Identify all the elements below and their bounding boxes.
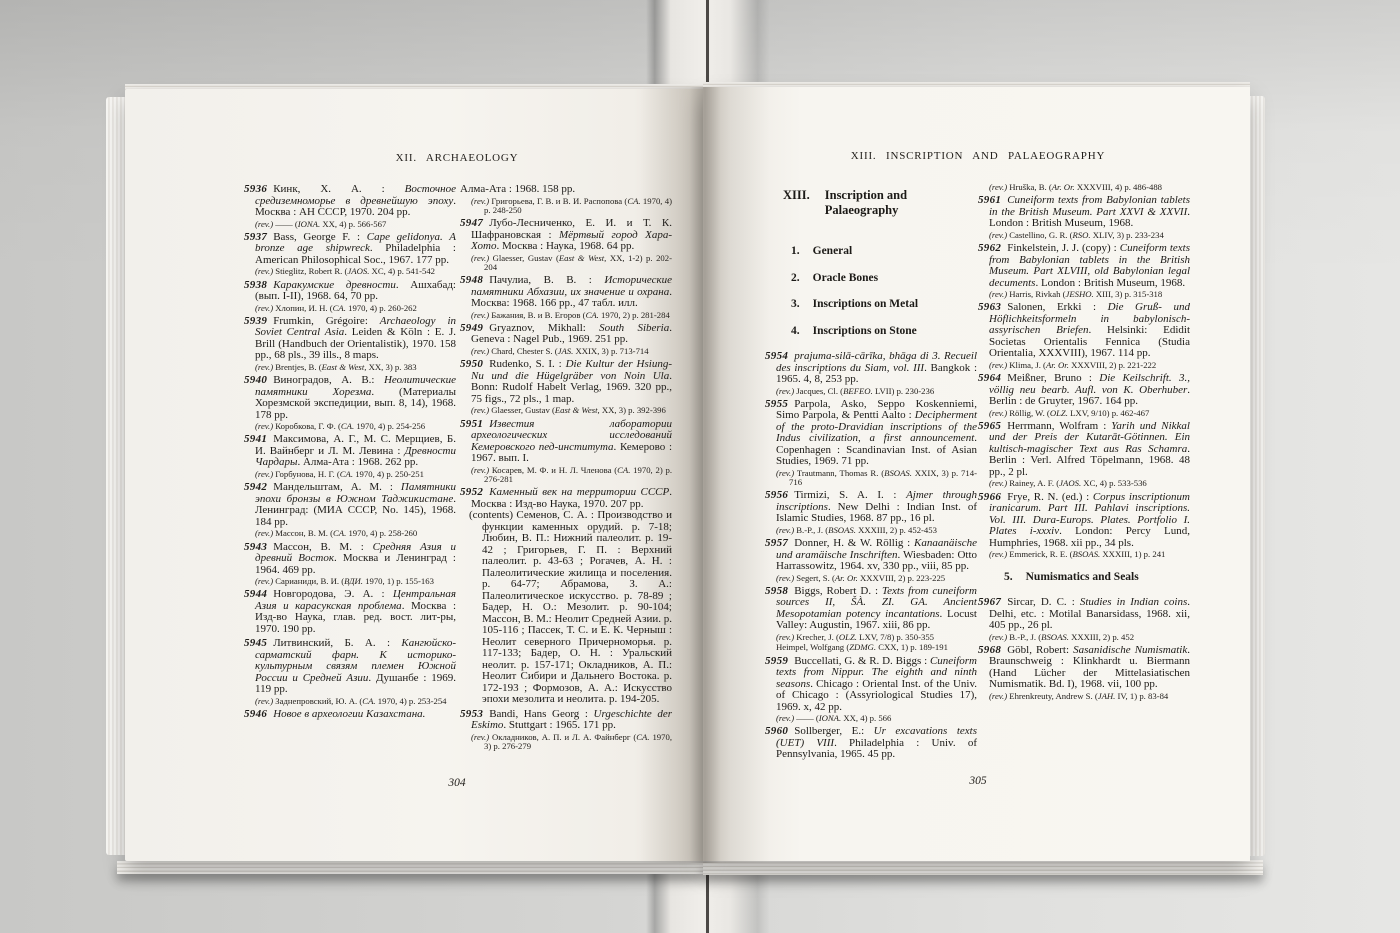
subsection-number: 2.: [791, 272, 800, 284]
bib-entry-5952: 5952Каменный век на территории СССР. Мос…: [460, 487, 672, 706]
entry-review: (rev.) —— (IONA. XX, 4) p. 566: [765, 714, 977, 723]
entry-review: (rev.) Rainey, A. F. (JAOS. XC, 4) p. 53…: [978, 479, 1190, 488]
entry-number: 5949: [460, 322, 483, 334]
entry-number: 5939: [244, 315, 267, 327]
entry-number: 5954: [765, 350, 788, 362]
entry-review: (rev.) Jacques, Cl. (BEFEO. LVII) p. 230…: [765, 387, 977, 396]
entry-number: 5947: [460, 217, 483, 229]
bib-entry-5940: 5940Виноградов, А. В.: Неолитические пам…: [244, 375, 456, 431]
entry-review: (rev.) Хлопин, И. Н. (CA. 1970, 4) p. 26…: [244, 304, 456, 313]
bib-entry-5938: 5938Каракумские древности. Ашхабад: (вып…: [244, 280, 456, 313]
bib-entry-5941: 5941Максимова, А. Г., М. С. Мерщиев, Б. …: [244, 434, 456, 479]
bib-entry-5968: 5968Göbl, Robert: Sasanidische Numismati…: [978, 645, 1190, 701]
page-edge-right: [1249, 96, 1265, 856]
bib-entry-5967: 5967Sircar, D. C. : Studies in Indian co…: [978, 597, 1190, 642]
bib-entry-5948: 5948Пачулиа, В. В. : Исторические памятн…: [460, 275, 672, 320]
entry-review: (rev.) Бажания, В. и В. Егоров (CA. 1970…: [460, 311, 672, 320]
entry-number: 5937: [244, 231, 267, 243]
entry-review: (rev.) B.-P., J. (BSOAS. XXXIII, 2) p. 4…: [765, 526, 977, 535]
entry-number: 5961: [978, 194, 1001, 206]
subsection-label: Numismatics and Seals: [1026, 571, 1139, 583]
entry-number: 5958: [765, 585, 788, 597]
entry-review: (rev.) Brentjes, B. (East & West, XX, 3)…: [244, 363, 456, 372]
running-head-right: XIII. INSCRIPTION AND PALAEOGRAPHY: [765, 150, 1191, 162]
entry-review: Heimpel, Wolfgang (ZDMG. CXX, 1) p. 189-…: [765, 643, 977, 652]
entry-number: 5967: [978, 596, 1001, 608]
entry-number: 5936: [244, 183, 267, 195]
entry-body: Алма-Ата : 1968. 158 pp.: [460, 184, 672, 196]
entry-body: 5960Sollberger, E.: Ur excavations texts…: [765, 726, 977, 761]
subsection-label: Inscriptions on Stone: [813, 325, 917, 337]
entry-body: 5952Каменный век на территории СССР. Мос…: [460, 487, 672, 510]
entry-body: 5936Кинк, Х. А. : Восточное средиземномо…: [244, 184, 456, 219]
entry-review: (rev.) Григорьева, Г. В. и В. И. Распопо…: [460, 197, 672, 216]
entry-number: 5965: [978, 420, 1001, 432]
bib-entry-5954: 5954prajuma-silā-cārīka, bhāga di 3. Rec…: [765, 351, 977, 396]
subsection-heading: 3.Inscriptions on Metal: [791, 298, 977, 310]
section-heading: XIII.Inscription andPalaeography: [783, 188, 977, 218]
entry-number: 5959: [765, 655, 788, 667]
entry-number: 5946: [244, 708, 267, 720]
entry-number: 5966: [978, 491, 1001, 503]
bib-entry-5953: 5953Bandi, Hans Georg : Urgeschichte der…: [460, 709, 672, 752]
entry-body: 5968Göbl, Robert: Sasanidische Numismati…: [978, 645, 1190, 691]
bib-entry-5947: 5947Лубо-Лесниченко, Е. И. и Т. К. Шафра…: [460, 218, 672, 272]
entry-number: 5942: [244, 481, 267, 493]
page-number-left: 304: [244, 777, 670, 789]
entry-review: (rev.) Коробкова, Г. Ф. (CA. 1970, 4) p.…: [244, 422, 456, 431]
entry-number: 5945: [244, 637, 267, 649]
bib-entry-5950: 5950Rudenko, S. I. : Die Kultur der Hsiu…: [460, 359, 672, 415]
entry-review: (rev.) Окладников, А. П. и Л. А. Файнбер…: [460, 733, 672, 752]
entry-body: 5961Cuneiform texts from Babylonian tabl…: [978, 195, 1190, 230]
entry-number: 5943: [244, 541, 267, 553]
entry-number: 5941: [244, 433, 267, 445]
entry-number: 5950: [460, 358, 483, 370]
bib-entry-5942: 5942Мандельштам, А. М. : Памятники эпохи…: [244, 482, 456, 538]
entry-review: (rev.) B.-P., J. (BSOAS. XXXIII, 2) p. 4…: [978, 633, 1190, 642]
entry-review: (rev.) Segert, S. (Ar. Or. XXXVIII, 2) p…: [765, 574, 977, 583]
entry-review: (rev.) Krecher, J. (OLZ. LXV, 7/8) p. 35…: [765, 633, 977, 642]
left-page-column-1: 5936Кинк, Х. А. : Восточное средиземномо…: [244, 184, 456, 724]
page-edge-bottom-right: [703, 860, 1263, 875]
entry-body: 5956Tirmizi, S. A. I. : Ajmer through in…: [765, 490, 977, 525]
bib-entry-continuation: (rev.) Hruška, B. (Ar. Or. XXXVIII, 4) p…: [978, 183, 1190, 192]
entry-review: (rev.) Заднепровский, Ю. А. (CA. 1970, 4…: [244, 697, 456, 706]
entry-review: (rev.) —— (IONA. XX, 4) p. 566-567: [244, 220, 456, 229]
bib-entry-5962: 5962Finkelstein, J. J. (copy) : Cuneifor…: [978, 243, 1190, 299]
entry-body: 5937Bass, George F. : Cape gelidonya. A …: [244, 232, 456, 267]
bib-entry-5957: 5957Donner, H. & W. Röllig : Kanaanäisch…: [765, 538, 977, 583]
entry-body: 5939Frumkin, Grégoire: Archaeology in So…: [244, 316, 456, 362]
bib-entry-5937: 5937Bass, George F. : Cape gelidonya. A …: [244, 232, 456, 277]
entry-review: (rev.) Klima, J. (Ar. Or. XXXVIII, 2) p.…: [978, 361, 1190, 370]
section-number: XIII.: [783, 188, 810, 218]
bib-entry-5959: 5959Buccellati, G. & R. D. Biggs : Cunei…: [765, 656, 977, 724]
bib-entry-5936: 5936Кинк, Х. А. : Восточное средиземномо…: [244, 184, 456, 229]
entry-number: 5963: [978, 301, 1001, 313]
right-page: XIII. INSCRIPTION AND PALAEOGRAPHY XIII.…: [703, 87, 1250, 861]
entry-body: 5946Новое в археологии Казахстана.: [244, 709, 456, 721]
entry-body: 5958Biggs, Robert D. : Texts from cuneif…: [765, 586, 977, 632]
right-page-column-2: (rev.) Hruška, B. (Ar. Or. XXXVIII, 4) p…: [978, 182, 1190, 704]
page-edge-left: [106, 97, 125, 855]
page-edge-bottom-left: [117, 861, 703, 874]
subsection-heading: 2.Oracle Bones: [791, 272, 977, 284]
entry-review: (rev.) Trautmann, Thomas R. (BSOAS. XXIX…: [765, 469, 977, 488]
entry-number: 5938: [244, 279, 267, 291]
bib-entry-5964: 5964Meißner, Bruno : Die Keilschrift. 3.…: [978, 373, 1190, 418]
bib-entry-5945: 5945Литвинский, Б. А. : Кангюйско-сармат…: [244, 638, 456, 706]
subsection-heading: 4.Inscriptions on Stone: [791, 325, 977, 337]
entry-review: (rev.) Chard, Chester S. (JAS. XXIX, 3) …: [460, 347, 672, 356]
entry-review: (rev.) Emmerick, R. E. (BSOAS. XXXIII, 1…: [978, 550, 1190, 559]
bib-entry-5939: 5939Frumkin, Grégoire: Archaeology in So…: [244, 316, 456, 372]
entry-number: 5940: [244, 374, 267, 386]
entry-review: (rev.) Массон, В. М. (CA. 1970, 4) p. 25…: [244, 529, 456, 538]
entry-contents: (contents) Семенов, С. А. : Производство…: [460, 510, 672, 706]
entry-number: 5956: [765, 489, 788, 501]
entry-review: (rev.) Castellino, G. R. (RSO. XLIV, 3) …: [978, 231, 1190, 240]
bib-entry-5966: 5966Frye, R. N. (ed.) : Corpus inscripti…: [978, 492, 1190, 560]
bib-entry-5963: 5963Salonen, Erkki : Die Gruß- und Höfli…: [978, 302, 1190, 370]
entry-body: 5944Новгородова, Э. А. : Центральная Ази…: [244, 589, 456, 635]
bib-entry-5958: 5958Biggs, Robert D. : Texts from cuneif…: [765, 586, 977, 653]
bib-entry-5965: 5965Herrmann, Wolfram : Yarih und Nikkal…: [978, 421, 1190, 489]
left-page-column-2: Алма-Ата : 1968. 158 pp.(rev.) Григорьев…: [460, 184, 672, 754]
bib-entry-5961: 5961Cuneiform texts from Babylonian tabl…: [978, 195, 1190, 240]
bib-entry-5944: 5944Новгородова, Э. А. : Центральная Ази…: [244, 589, 456, 635]
entry-body: 5953Bandi, Hans Georg : Urgeschichte der…: [460, 709, 672, 732]
entry-body: 5942Мандельштам, А. М. : Памятники эпохи…: [244, 482, 456, 528]
entry-review: (rev.) Röllig, W. (OLZ. LXV, 9/10) p. 46…: [978, 409, 1190, 418]
left-page: XII. ARCHAEOLOGY 5936Кинк, Х. А. : Восто…: [125, 89, 703, 861]
entry-body: 5954prajuma-silā-cārīka, bhāga di 3. Rec…: [765, 351, 977, 386]
entry-body: 5950Rudenko, S. I. : Die Kultur der Hsiu…: [460, 359, 672, 405]
subsection-number: 3.: [791, 298, 800, 310]
entry-body: 5943Массон, В. М. : Средняя Азия и древн…: [244, 542, 456, 577]
running-head-left: XII. ARCHAEOLOGY: [244, 152, 670, 164]
entry-number: 5948: [460, 274, 483, 286]
entry-body: 5962Finkelstein, J. J. (copy) : Cuneifor…: [978, 243, 1190, 289]
entry-number: 5955: [765, 398, 788, 410]
entry-body: 5941Максимова, А. Г., М. С. Мерщиев, Б. …: [244, 434, 456, 469]
entry-review: (rev.) Glaesser, Gustav (East & West, XX…: [460, 254, 672, 273]
page-number-right: 305: [765, 775, 1191, 787]
bib-entry-5951: 5951Известия лаборатории археологических…: [460, 419, 672, 485]
entry-review: (rev.) Косарев, М. Ф. и Н. Л. Членова (C…: [460, 466, 672, 485]
open-book-photo: XII. ARCHAEOLOGY 5936Кинк, Х. А. : Восто…: [0, 0, 1400, 933]
entry-number: 5952: [460, 486, 483, 498]
entry-body: 5945Литвинский, Б. А. : Кангюйско-сармат…: [244, 638, 456, 696]
entry-number: 5951: [460, 418, 483, 430]
subsection-heading: 1.General: [791, 245, 977, 257]
entry-number: 5964: [978, 372, 1001, 384]
entry-body: 5964Meißner, Bruno : Die Keilschrift. 3.…: [978, 373, 1190, 408]
subsection-label: General: [813, 245, 853, 257]
bib-entry-5956: 5956Tirmizi, S. A. I. : Ajmer through in…: [765, 490, 977, 535]
section-title: Inscription andPalaeography: [825, 188, 907, 218]
entry-review: (rev.) Glaesser, Gustav (East & West, XX…: [460, 406, 672, 415]
subsection-number: 4.: [791, 325, 800, 337]
entry-review: (rev.) Stieglitz, Robert R. (JAOS. XC, 4…: [244, 267, 456, 276]
entry-body: 5963Salonen, Erkki : Die Gruß- und Höfli…: [978, 302, 1190, 360]
subsection-label: Oracle Bones: [813, 272, 878, 284]
entry-body: 5951Известия лаборатории археологических…: [460, 419, 672, 465]
bib-entry-5955: 5955Parpola, Asko, Seppo Koskenniemi, Si…: [765, 399, 977, 488]
subsection-number: 1.: [791, 245, 800, 257]
entry-review: (rev.) Сарианиди, В. И. (ВДИ. 1970, 1) p…: [244, 577, 456, 586]
entry-body: 5949Gryaznov, Mikhall: South Siberia. Ge…: [460, 323, 672, 346]
entry-number: 5960: [765, 725, 788, 737]
entry-review: (rev.) Ehrenkreuty, Andrew S. (JAH. IV, …: [978, 692, 1190, 701]
bib-entry-5960: 5960Sollberger, E.: Ur excavations texts…: [765, 726, 977, 761]
entry-review: (rev.) Harris, Rivkah (JESHO. XIII, 3) p…: [978, 290, 1190, 299]
entry-body: 5948Пачулиа, В. В. : Исторические памятн…: [460, 275, 672, 310]
entry-body: 5947Лубо-Лесниченко, Е. И. и Т. К. Шафра…: [460, 218, 672, 253]
bib-entry-5943: 5943Массон, В. М. : Средняя Азия и древн…: [244, 542, 456, 587]
subsection-heading: 5.Numismatics and Seals: [1004, 571, 1190, 583]
bib-entry-5946: 5946Новое в археологии Казахстана.: [244, 709, 456, 721]
entry-body: 5965Herrmann, Wolfram : Yarih und Nikkal…: [978, 421, 1190, 479]
entry-body: 5959Buccellati, G. & R. D. Biggs : Cunei…: [765, 656, 977, 714]
bib-entry-5949: 5949Gryaznov, Mikhall: South Siberia. Ge…: [460, 323, 672, 356]
right-page-column-1: XIII.Inscription andPalaeography1.Genera…: [765, 182, 977, 764]
entry-number: 5953: [460, 708, 483, 720]
entry-number: 5968: [978, 644, 1001, 656]
bib-entry-continuation: Алма-Ата : 1968. 158 pp.(rev.) Григорьев…: [460, 184, 672, 215]
entry-body: 5955Parpola, Asko, Seppo Koskenniemi, Si…: [765, 399, 977, 468]
entry-review: (rev.) Hruška, B. (Ar. Or. XXXVIII, 4) p…: [978, 183, 1190, 192]
subsection-label: Inscriptions on Metal: [813, 298, 918, 310]
entry-body: 5940Виноградов, А. В.: Неолитические пам…: [244, 375, 456, 421]
entry-number: 5957: [765, 537, 788, 549]
entry-body: 5967Sircar, D. C. : Studies in Indian co…: [978, 597, 1190, 632]
entry-review: (rev.) Горбунова, Н. Г. (CA. 1970, 4) p.…: [244, 470, 456, 479]
entry-body: 5938Каракумские древности. Ашхабад: (вып…: [244, 280, 456, 303]
entry-number: 5962: [978, 242, 1001, 254]
subsection-number: 5.: [1004, 571, 1013, 583]
entry-body: 5966Frye, R. N. (ed.) : Corpus inscripti…: [978, 492, 1190, 550]
entry-body: 5957Donner, H. & W. Röllig : Kanaanäisch…: [765, 538, 977, 573]
entry-number: 5944: [244, 588, 267, 600]
